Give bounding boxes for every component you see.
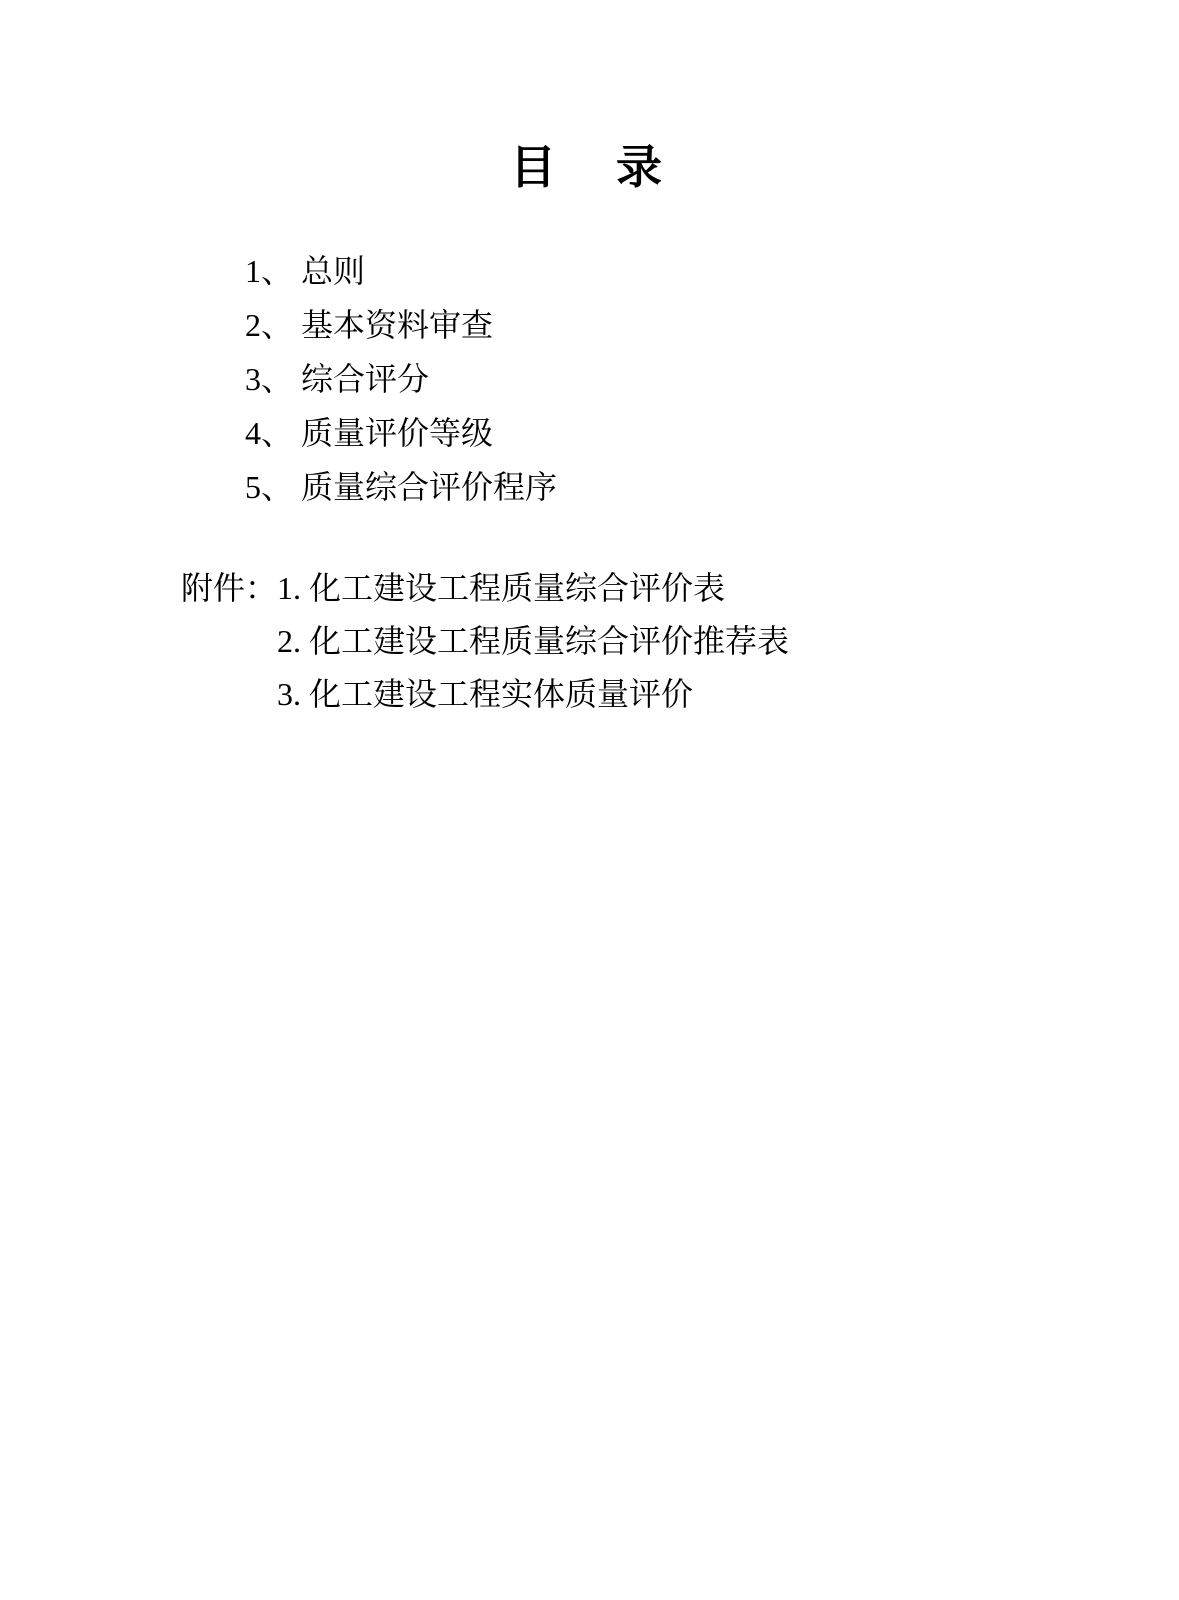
attachments-label: 附件： (181, 570, 277, 606)
document-page: 目 录 1、总则 2、基本资料审查 3、综合评分 4、质量评价等级 5、质量综合… (0, 0, 1179, 1600)
toc-item-label: 综合评分 (301, 361, 429, 397)
attachment-title: 化工建设工程实体质量评价 (309, 676, 693, 712)
toc-list: 1、总则 2、基本资料审查 3、综合评分 4、质量评价等级 5、质量综合评价程序 (245, 244, 1179, 514)
toc-item: 2、基本资料审查 (245, 298, 1179, 352)
attachment-line: 附件：1.化工建设工程质量综合评价表 (181, 562, 1179, 615)
attachment-title: 化工建设工程质量综合评价表 (309, 570, 725, 606)
attachment-number: 3. (277, 676, 301, 712)
page-title: 目 录 (0, 140, 1179, 196)
toc-item: 1、总则 (245, 244, 1179, 298)
toc-item-label: 基本资料审查 (301, 307, 493, 343)
attachments-section: 附件：1.化工建设工程质量综合评价表 2.化工建设工程质量综合评价推荐表 3.化… (181, 562, 1179, 721)
attachment-number: 1. (277, 570, 301, 606)
toc-item-number: 5、 (245, 469, 293, 505)
attachment-number: 2. (277, 623, 301, 659)
toc-item-label: 质量评价等级 (301, 415, 493, 451)
toc-item-number: 3、 (245, 361, 293, 397)
toc-item-number: 1、 (245, 253, 293, 289)
toc-item-number: 2、 (245, 307, 293, 343)
toc-item: 3、综合评分 (245, 352, 1179, 406)
attachment-line: 2.化工建设工程质量综合评价推荐表 (277, 615, 1179, 668)
toc-item-label: 总则 (301, 253, 365, 289)
toc-item-number: 4、 (245, 415, 293, 451)
attachment-title: 化工建设工程质量综合评价推荐表 (309, 623, 789, 659)
toc-item: 5、质量综合评价程序 (245, 460, 1179, 514)
attachment-line: 3.化工建设工程实体质量评价 (277, 668, 1179, 721)
toc-item-label: 质量综合评价程序 (301, 469, 557, 505)
toc-item: 4、质量评价等级 (245, 406, 1179, 460)
